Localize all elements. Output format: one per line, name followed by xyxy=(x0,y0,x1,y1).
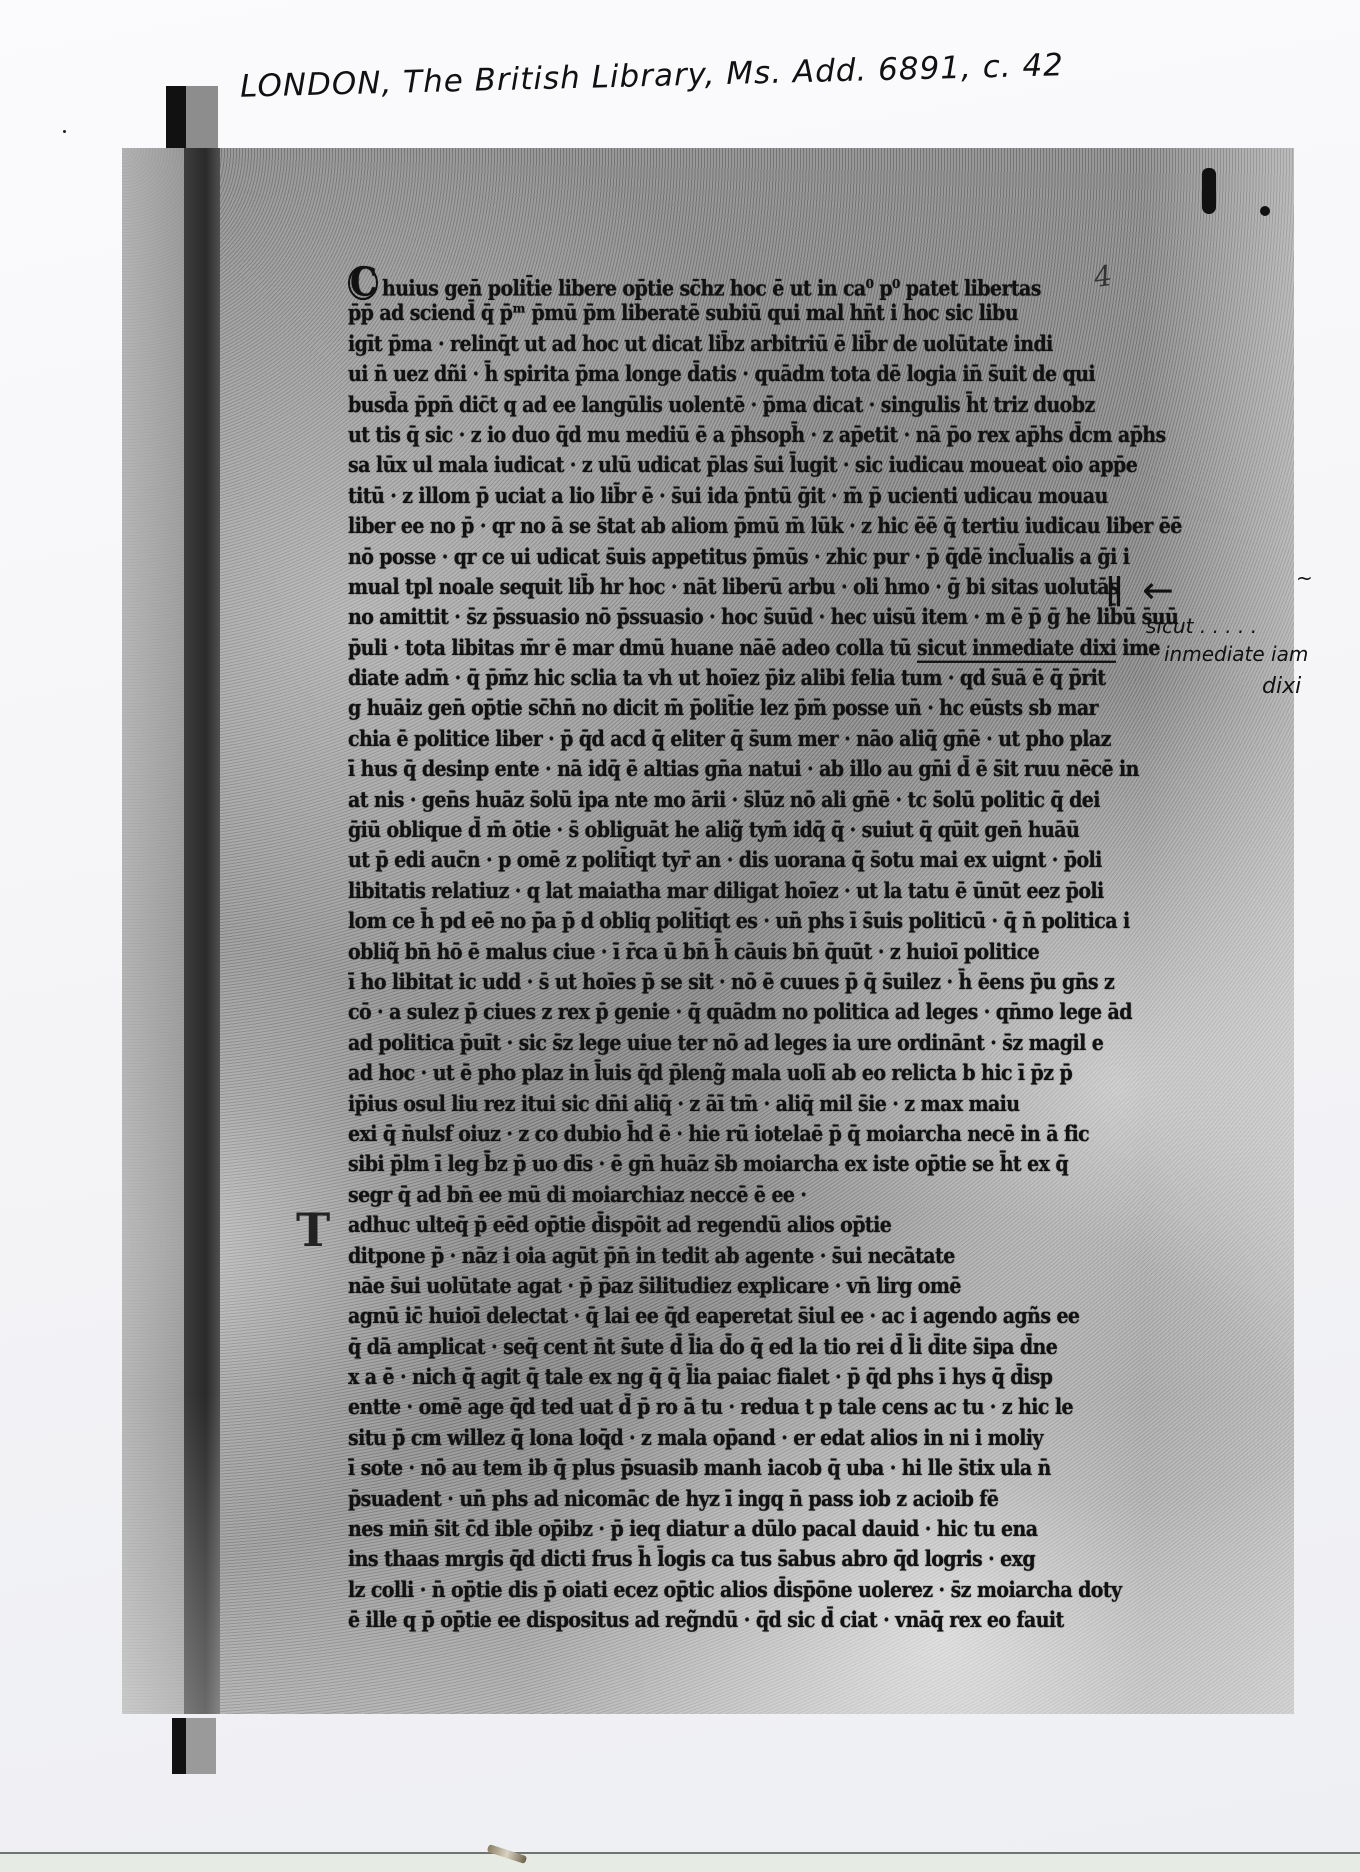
text-line: liber ee no p̄ · qr no ā se s̄tat ab ali… xyxy=(348,509,1218,544)
text-line: ī hus q̄ desinp ente · nā idq̄ ē altias … xyxy=(348,752,1218,787)
text-line: ī sote · nō au tem ib q̄ plus p̄suasib m… xyxy=(348,1451,1218,1486)
text-line: ē ille q p̄ op̄tie ee dispositus ad reg̃… xyxy=(348,1603,1218,1638)
margin-annotation: || ← ~ sicut . . . . . inmediate iam dix… xyxy=(1100,566,1340,716)
ink-spot xyxy=(1260,206,1270,216)
underlined-phrase: sicut inmediate dixi xyxy=(917,635,1116,663)
binding-strip-top xyxy=(186,86,218,154)
decorated-initial: T xyxy=(296,1210,330,1250)
text-line: adhuc ulteq̄ p̄ eēd op̄tie d̄ispōit ad r… xyxy=(348,1208,1218,1243)
second-paragraph: T adhuc ulteq̄ p̄ eēd op̄tie d̄ispōit ad… xyxy=(348,1210,1218,1635)
binding-bar-bottom xyxy=(172,1718,186,1774)
arrow-left-icon: ← xyxy=(1142,568,1174,612)
text-line: no amittit · s̄z p̄ssuasio nō p̄ssuasio … xyxy=(348,600,1218,635)
manuscript-leaf: 4 Chuius gen̄ polit̄ie libere op̄tie sc̄… xyxy=(122,148,1294,1714)
manuscript-text: Chuius gen̄ polit̄ie libere op̄tie sc̄hz… xyxy=(348,268,1218,1636)
parallel-marks: || xyxy=(1105,572,1121,607)
binding-strip-bottom xyxy=(186,1718,216,1774)
stray-mark xyxy=(63,130,66,133)
text-line: ui n̄ uez dñi · h̄ spirita p̄ma longe d̄… xyxy=(348,357,1218,392)
annotation-line: sicut . . . . . xyxy=(1146,614,1257,638)
text-line: agnū ic̄ huioī delectat · q̄ lai ee q̄d … xyxy=(348,1299,1218,1334)
tilde-mark: ~ xyxy=(1296,566,1313,590)
scanner-bed-edge xyxy=(0,1852,1360,1872)
annotation-line: inmediate iam xyxy=(1164,642,1308,666)
binding-bar-top xyxy=(166,86,186,154)
text-line: lom ce h̄ pd eē no p̄a p̄ d obliq polit̄… xyxy=(348,904,1218,939)
ink-blot xyxy=(1202,168,1216,214)
text-line: ad hoc · ut ē pho plaz in l̄uis q̄d p̄le… xyxy=(348,1056,1218,1091)
annotation-line: dixi xyxy=(1262,674,1301,699)
